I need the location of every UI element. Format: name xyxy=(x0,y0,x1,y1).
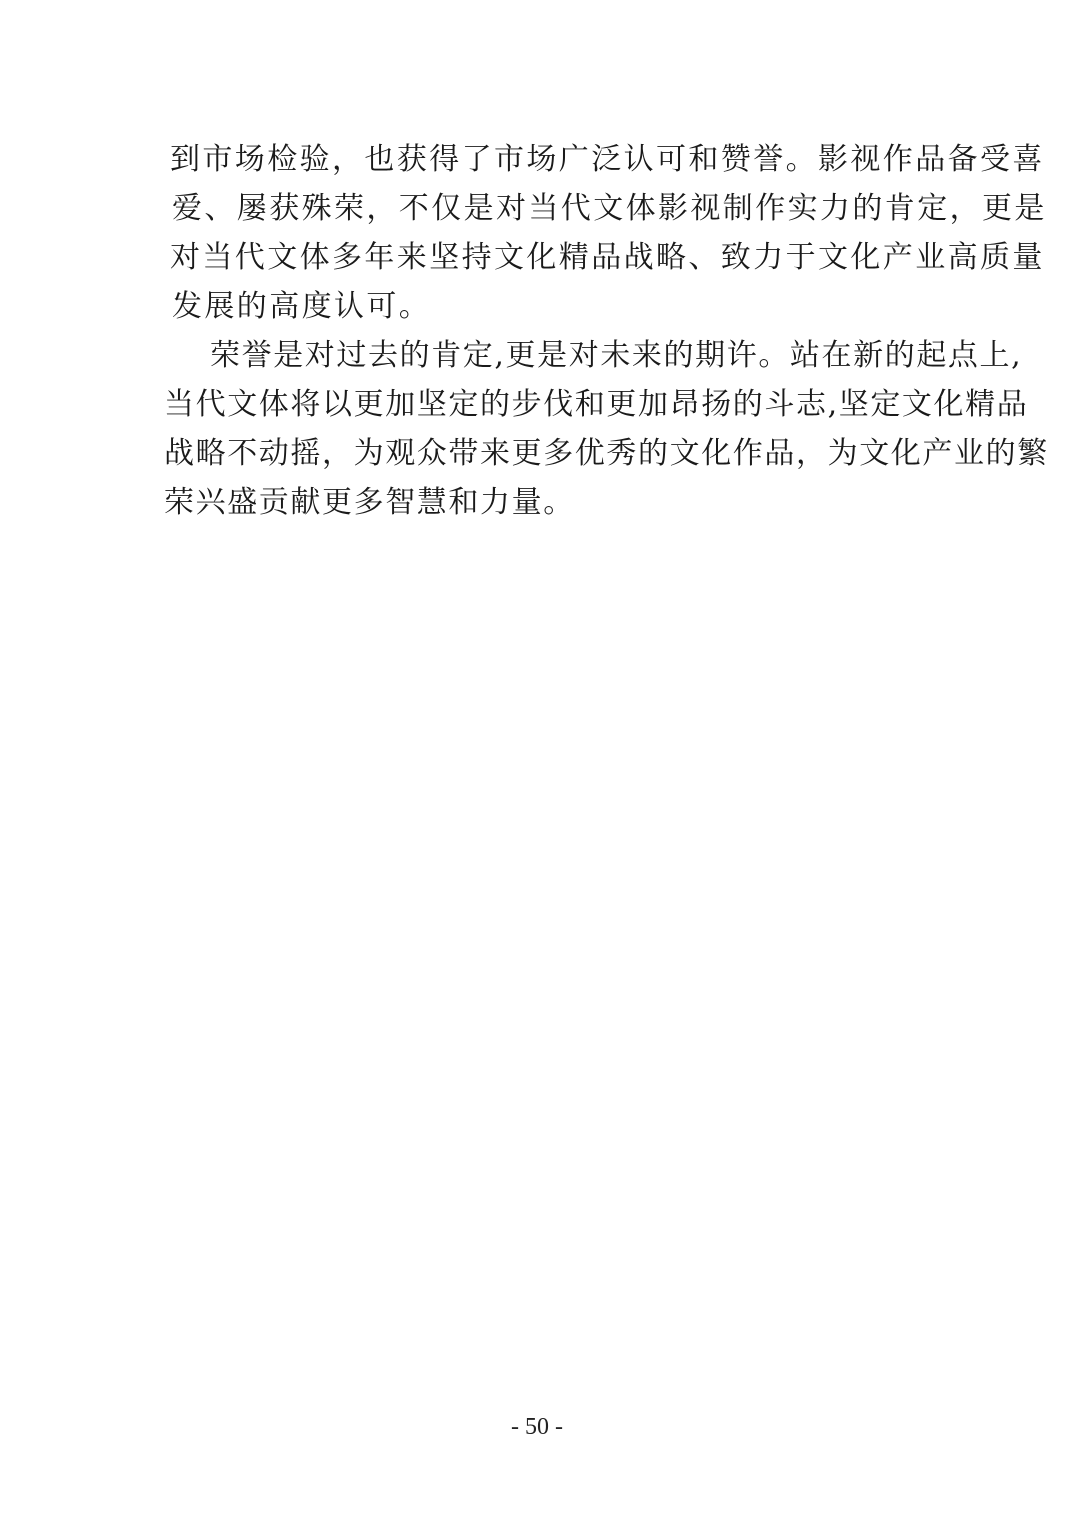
text-line: 荣兴盛贡献更多智慧和力量。 xyxy=(164,485,914,521)
document-page: 到市场检验，也获得了市场广泛认可和赞誉。影视作品备受喜 爱、屡获殊荣，不仅是对当… xyxy=(0,0,1074,1520)
text-line: 到市场检验，也获得了市场广泛认可和赞誉。影视作品备受喜 xyxy=(170,142,920,178)
text-line: 荣誉是对过去的肯定,更是对未来的期许。站在新的起点上, xyxy=(210,338,960,374)
text-line: 战略不动摇，为观众带来更多优秀的文化作品，为文化产业的繁 xyxy=(164,436,914,472)
page-number: - 50 - xyxy=(0,1412,1074,1442)
text-line: 发展的高度认可。 xyxy=(172,289,922,325)
text-line: 爱、屡获殊荣，不仅是对当代文体影视制作实力的肯定，更是 xyxy=(172,191,922,227)
text-line: 当代文体将以更加坚定的步伐和更加昂扬的斗志,坚定文化精品 xyxy=(164,387,914,423)
text-line: 对当代文体多年来坚持文化精品战略、致力于文化产业高质量 xyxy=(170,240,920,276)
